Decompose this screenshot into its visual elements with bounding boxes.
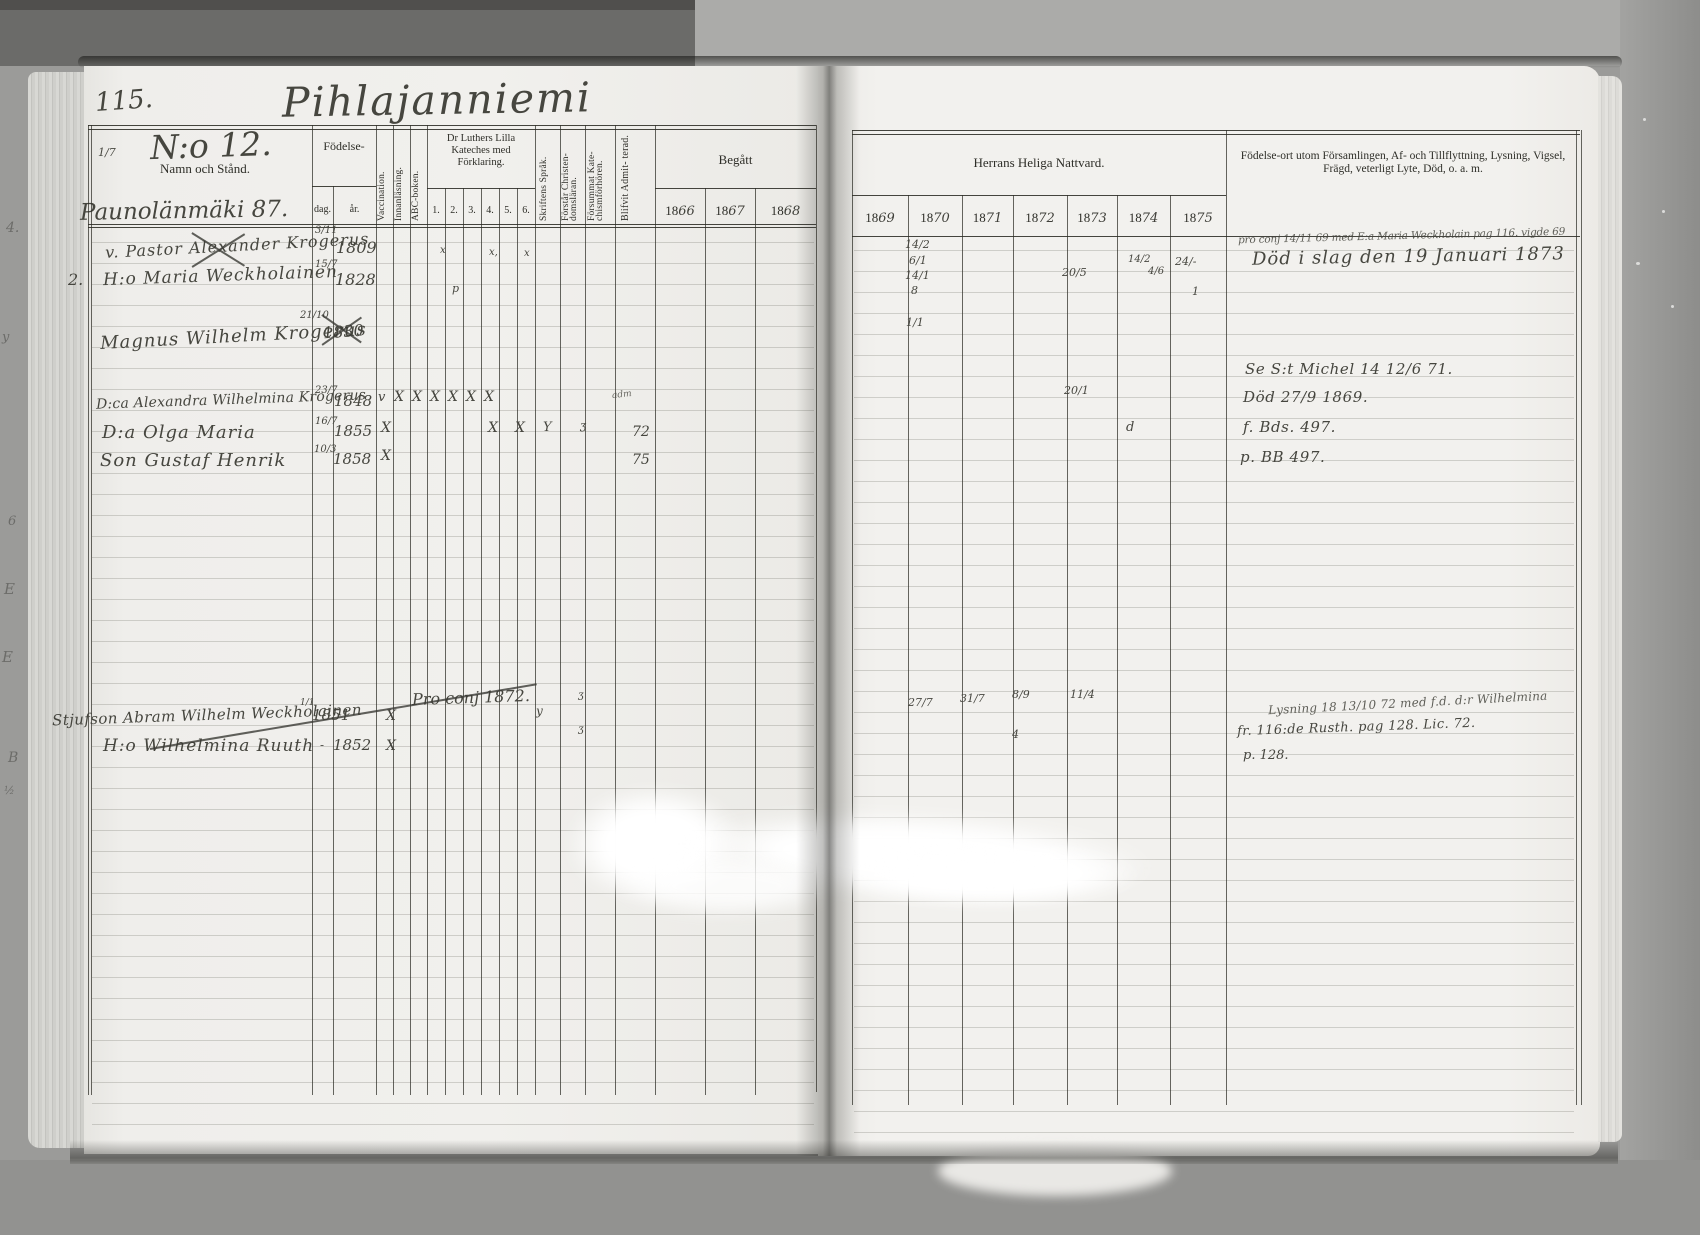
margin-scribble: ½ [4, 784, 15, 797]
check-mark: v [378, 390, 385, 405]
communion-date: 20/1 [1064, 384, 1089, 397]
year-prefix: 18 [1025, 210, 1038, 225]
birth-year: 1809 [336, 238, 377, 257]
vaccination-column-header: Vaccination. [378, 129, 386, 221]
annotation: f. Bds. 497. [1243, 418, 1336, 436]
margin-scribble: E [2, 648, 13, 666]
grid-line [88, 125, 816, 126]
grid-line [445, 188, 446, 1095]
admitted-column-header: Blifvit Admit- terad. [622, 129, 648, 221]
catechism-sub-5: 5. [499, 205, 517, 217]
communion-date: 4 [1012, 728, 1019, 741]
grid-line [908, 195, 909, 1105]
left-page-stack-edges [28, 72, 86, 1148]
grid-line [88, 129, 816, 130]
check-mark: y [536, 704, 543, 718]
year-digits: 66 [678, 204, 695, 219]
book-bottom-shadow [70, 1140, 1618, 1164]
margin-scribble: E [4, 580, 15, 598]
understands-doctrine-column-header: Förstår Christen- domsläran. [562, 129, 583, 221]
birth-column-header: Födelse- [312, 140, 376, 154]
catechism-sub-2: 2. [445, 205, 463, 217]
birth-year: 1852 [333, 736, 371, 754]
birth-day: 3/11 [315, 225, 337, 236]
check-mark: X [412, 389, 422, 405]
reading-column-header: Innanläsning. [395, 129, 403, 221]
dust-speck [1662, 210, 1665, 213]
year-header-1873: 1873 [1067, 210, 1117, 226]
year-digits: 73 [1090, 211, 1107, 226]
grid-line [1117, 195, 1118, 1105]
grid-line [1581, 130, 1582, 1105]
grid-line [535, 125, 536, 1095]
year-prefix: 18 [665, 203, 678, 218]
check-mark: X [394, 389, 404, 405]
year-digits: 67 [728, 204, 745, 219]
check-mark: X [430, 389, 440, 405]
communion-date: 20/5 [1062, 266, 1087, 279]
year-digits: 75 [1196, 211, 1213, 226]
margin-scribble: 4. [6, 220, 19, 236]
grid-line [852, 134, 1580, 135]
grid-line [376, 125, 377, 1095]
grid-line [852, 130, 1580, 131]
birth-day-subheader: dag. [312, 204, 333, 216]
year-prefix: 18 [715, 203, 728, 218]
grid-line [393, 125, 394, 1095]
page-title: Pihlajanniemi [282, 73, 593, 126]
grid-line [1170, 195, 1171, 1105]
notes-column-header: Födelse-ort utom Församlingen, Af- och T… [1240, 150, 1566, 176]
check-mark: X [381, 448, 391, 464]
birth-year: 1848 [334, 392, 372, 410]
scribble-note: adm [612, 389, 633, 401]
grid-line [517, 188, 518, 1095]
year-header-1874: 1874 [1117, 210, 1170, 226]
grid-line [427, 125, 428, 1095]
check-mark: x [440, 245, 446, 256]
name-column-header: Namn och Stånd. [100, 162, 310, 177]
year-digits: 74 [1142, 211, 1159, 226]
year-prefix: 18 [771, 203, 784, 218]
year-header-1870: 1870 [908, 210, 962, 226]
birth-day: 15/7 [315, 259, 337, 270]
communion-date: 27/7 [908, 696, 933, 709]
check-mark: ʒ [578, 724, 584, 735]
year-digits: 71 [986, 211, 1003, 226]
check-mark: X [466, 389, 476, 405]
year-header-1866: 1866 [655, 203, 705, 219]
check-mark: p [452, 282, 459, 295]
birth-day: - [320, 738, 324, 752]
flash-glare [838, 843, 1143, 907]
check-mark: X [386, 738, 396, 754]
communion-nattvard-header: Herrans Heliga Nattvard. [852, 156, 1226, 171]
grid-line [655, 125, 656, 1095]
check-mark: X [386, 708, 396, 724]
communion-date: 31/7 [960, 692, 985, 705]
grid-line [560, 125, 561, 1095]
grid-line [88, 227, 816, 228]
scanner-background-bottom [0, 1160, 1700, 1235]
scanner-lid-edge [0, 0, 695, 10]
grid-line [1067, 195, 1068, 1105]
row-name: Son Gustaf Henrik [100, 450, 286, 471]
grid-line [88, 125, 89, 1095]
grid-line [1576, 130, 1577, 1105]
row-number: 2. [68, 270, 83, 289]
year-header-1869: 1869 [852, 210, 908, 226]
grid-line [481, 188, 482, 1095]
year-header-1875: 1875 [1170, 210, 1226, 226]
grid-line [499, 188, 500, 1095]
year-header-1871: 1871 [962, 210, 1013, 226]
dust-speck [1671, 305, 1674, 308]
check-mark: X [381, 420, 391, 436]
grid-line [312, 186, 376, 187]
grid-line [705, 188, 706, 1095]
grid-line [755, 188, 756, 1095]
corner-note: 1/7 [98, 146, 116, 159]
admitted-year: 72 [632, 424, 650, 440]
birth-year: 1855 [334, 422, 372, 440]
check-mark: x [524, 248, 530, 259]
year-digits: 69 [878, 211, 895, 226]
check-mark: X [515, 420, 525, 436]
year-prefix: 18 [865, 210, 878, 225]
book-gutter-shadow [796, 66, 860, 1156]
grid-line [962, 195, 963, 1105]
communion-date: 24/- [1175, 255, 1196, 268]
check-mark: ʒ [578, 690, 584, 701]
communion-date: 8/9 [1012, 688, 1030, 701]
annotation: p. 128. [1243, 748, 1289, 763]
abc-book-column-header: ABC-boken. [412, 129, 420, 221]
check-mark: X [484, 389, 494, 405]
grid-line [585, 125, 586, 1095]
communion-date: 1 [1192, 285, 1199, 298]
year-digits: 72 [1038, 211, 1055, 226]
communion-date: 1/1 [906, 316, 924, 329]
row-name: D:a Olga Maria [102, 422, 256, 443]
annotation: Se S:t Michel 14 12/6 71. [1245, 360, 1453, 378]
communion-date: 14/1 [905, 269, 930, 282]
dust-speck [1643, 118, 1646, 121]
communion-date: 14/2 [905, 238, 930, 251]
communion-begatt-header: Begått [655, 153, 816, 168]
grid-line [655, 188, 816, 189]
margin-scribble: B [8, 750, 18, 766]
communion-date: d [1126, 420, 1134, 435]
communion-date: 8 [911, 284, 918, 297]
check-mark: Y [543, 420, 552, 435]
check-mark: ʒ [580, 419, 586, 432]
check-mark: X [448, 389, 458, 405]
year-prefix: 18 [1077, 210, 1090, 225]
scripture-language-column-header: Skriftens Språk. [540, 129, 556, 221]
catechism-sub-4: 4. [481, 205, 499, 217]
year-header-1872: 1872 [1013, 210, 1067, 226]
communion-date: 6/1 [909, 254, 927, 267]
year-prefix: 18 [1129, 210, 1142, 225]
margin-scribble: 6 [8, 514, 16, 529]
missed-examination-column-header: Försummat Kate- chismförhören. [588, 129, 612, 221]
communion-date: 4/6 [1148, 266, 1164, 277]
grid-line [410, 125, 411, 1095]
communion-date: 14/2 [1128, 254, 1150, 265]
catechism-sub-6: 6. [517, 205, 535, 217]
year-digits: 70 [933, 211, 950, 226]
grid-line [463, 188, 464, 1095]
annotation: p. BB 497. [1240, 448, 1325, 466]
birth-year: 1858 [333, 450, 371, 468]
catechism-sub-3: 3. [463, 205, 481, 217]
catechism-sub-1: 1. [427, 205, 445, 217]
grid-line [91, 125, 92, 1095]
catechism-column-header: Dr Luthers Lilla Kateches med Förklaring… [427, 133, 535, 169]
grid-line [615, 125, 616, 1095]
grid-line [88, 224, 816, 225]
scanner-background-right [1620, 0, 1700, 1235]
grid-line [1226, 130, 1227, 1105]
year-prefix: 18 [973, 210, 986, 225]
right-page-stack-edges [1598, 76, 1622, 1142]
year-prefix: 18 [920, 210, 933, 225]
birth-year-subheader: år. [333, 204, 376, 216]
page-number: 115. [94, 84, 154, 118]
margin-scribble: y [2, 330, 9, 345]
birth-year: 1828 [335, 270, 376, 289]
annotation: Död 27/9 1869. [1243, 388, 1368, 406]
year-header-1867: 1867 [705, 203, 755, 219]
grid-line [1013, 195, 1014, 1105]
year-prefix: 18 [1183, 210, 1196, 225]
village-name: Paunolänmäki 87. [80, 196, 289, 226]
dust-speck [1636, 262, 1640, 265]
scanned-parish-register-spread: 4. y 6 E E B ½ 115. Pihlajanniemi N:o 12… [0, 0, 1700, 1235]
check-mark: x, [489, 247, 498, 258]
check-mark: X [488, 420, 498, 436]
communion-date: 11/4 [1070, 688, 1095, 701]
admitted-year: 75 [632, 452, 650, 468]
